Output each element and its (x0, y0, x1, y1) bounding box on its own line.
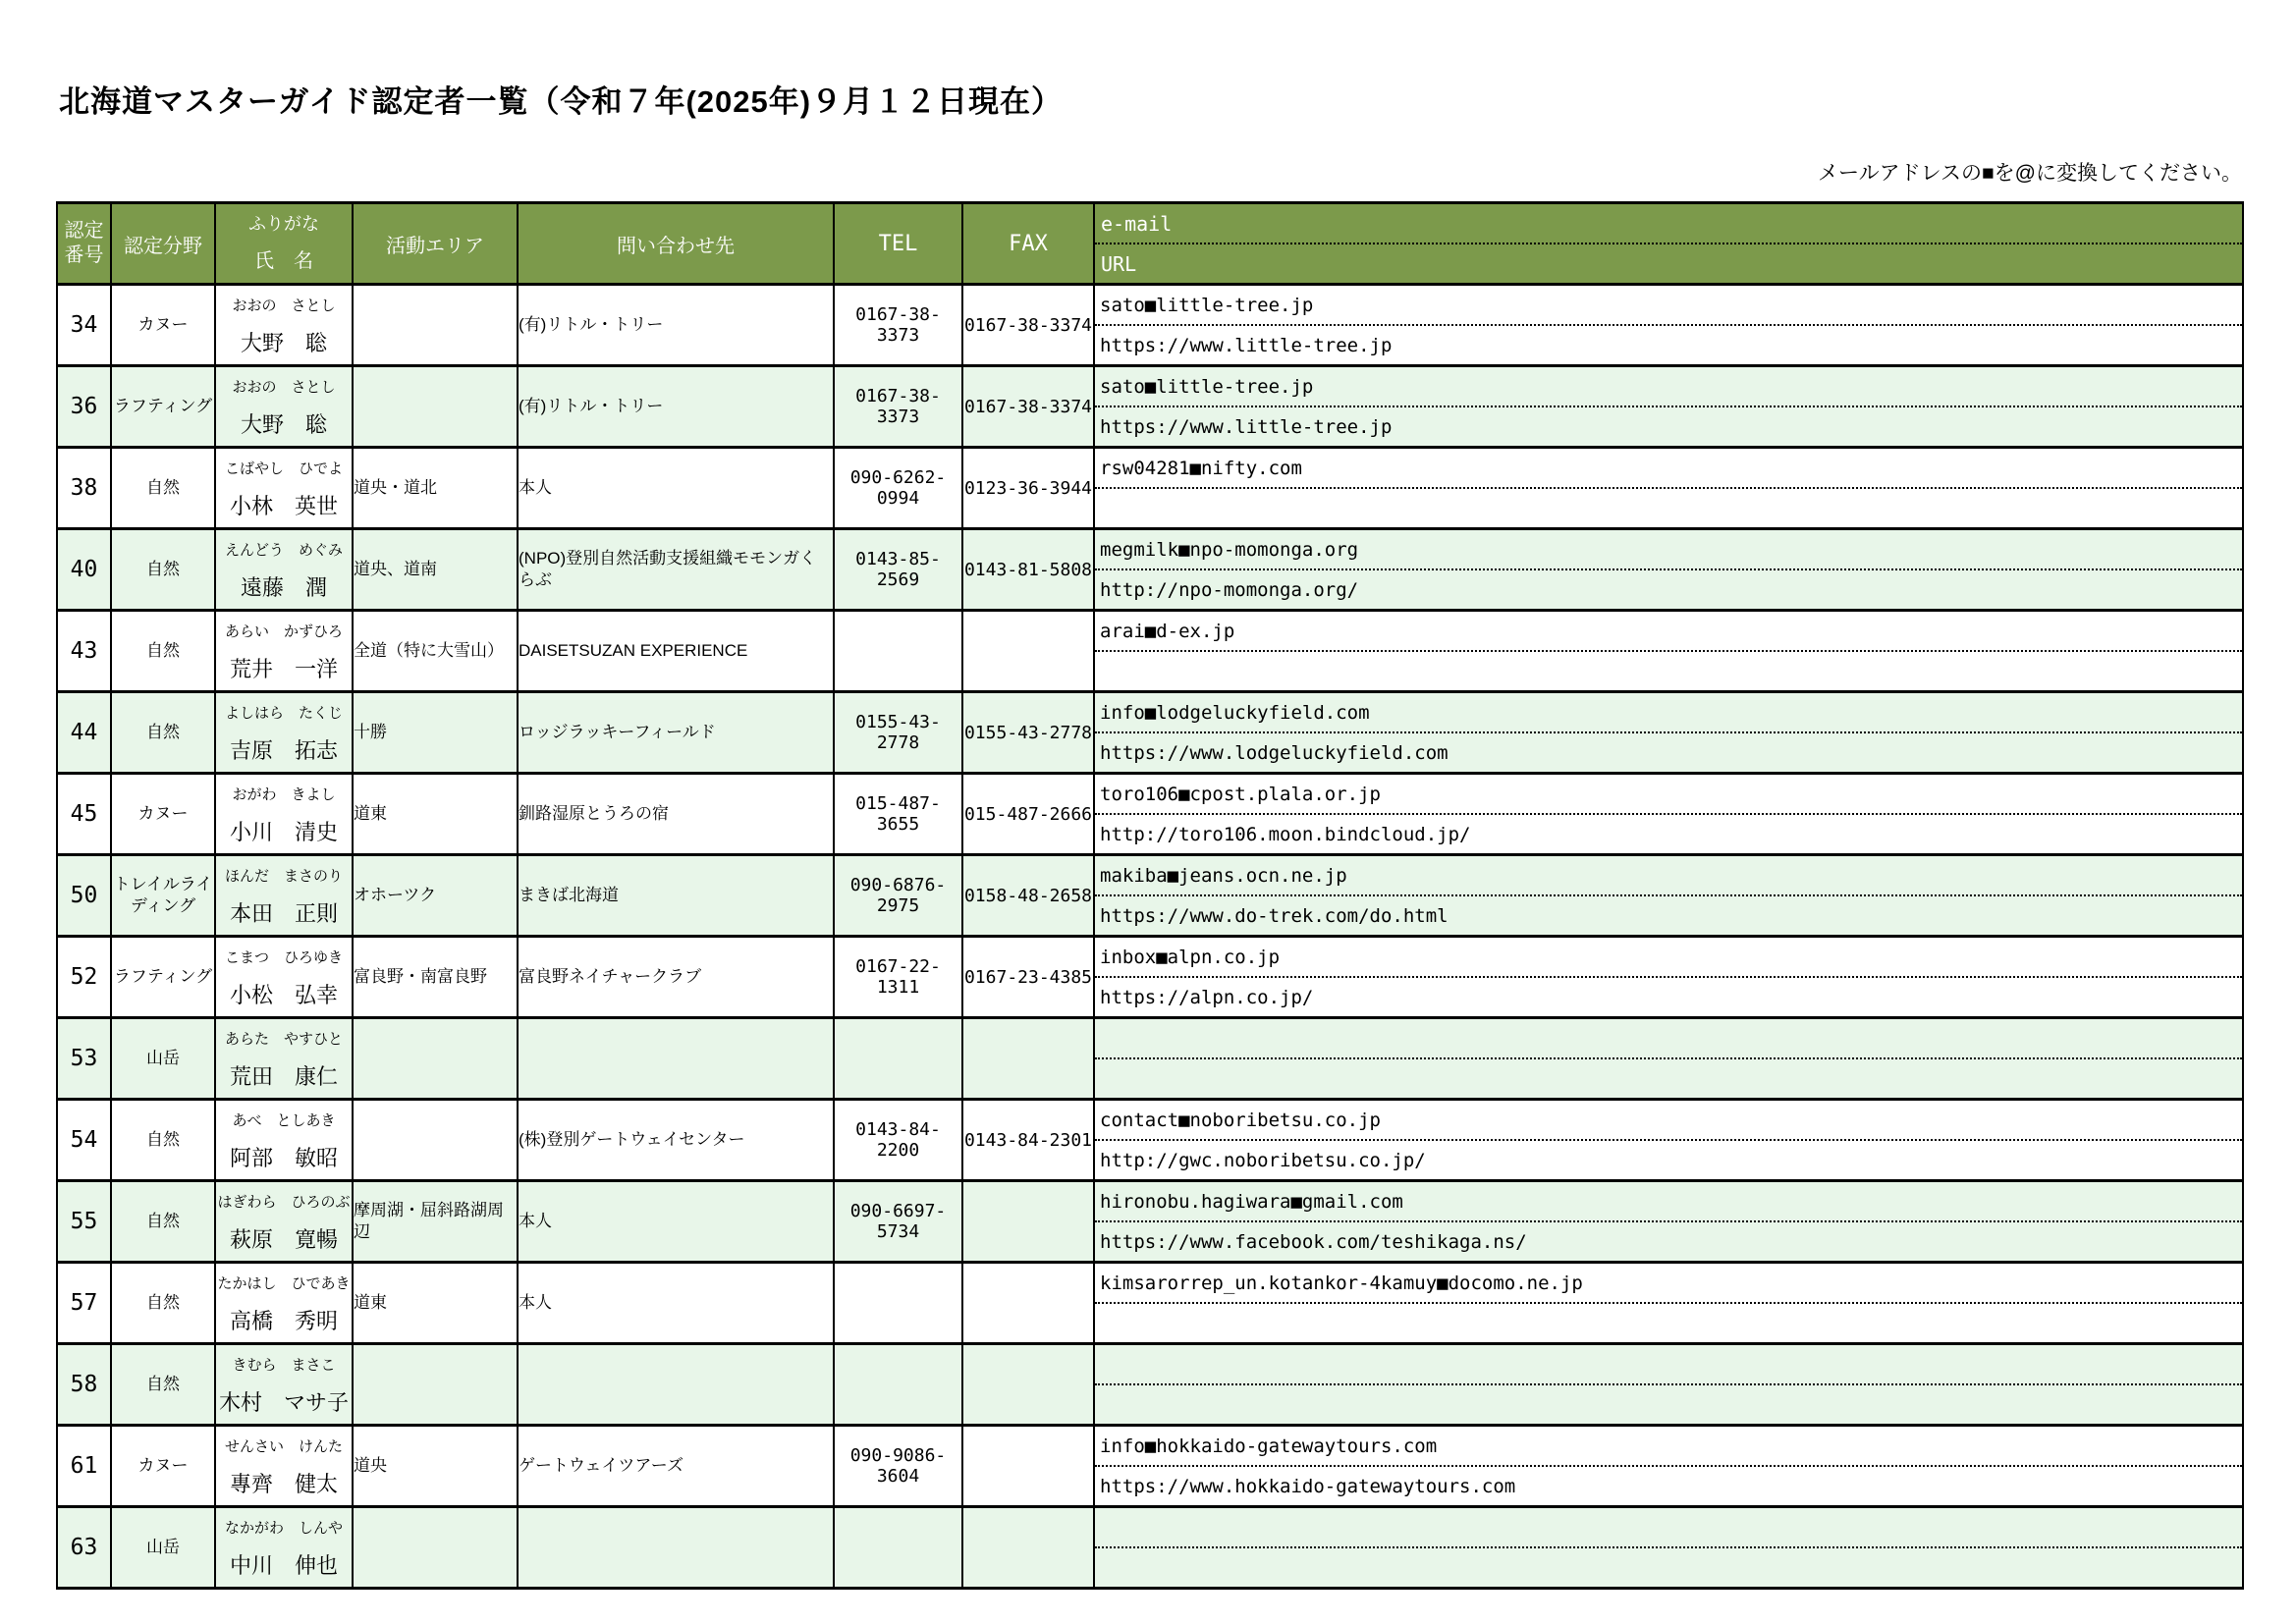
table-row: 61 カヌー せんさい けんた 專齊 健太 道央 ゲートウェイツアーズ 090-… (57, 1426, 2243, 1507)
activity-area (353, 285, 518, 366)
guide-name: 大野 聡 (216, 327, 352, 357)
activity-area: 全道（特に大雪山） (353, 611, 518, 692)
guide-name: 中川 伸也 (216, 1549, 352, 1580)
guide-name-cell: あらい かずひろ 荒井 一洋 (215, 611, 353, 692)
guide-name-cell: こまつ ひろゆき 小松 弘幸 (215, 937, 353, 1018)
email-address: info■hokkaido-gatewaytours.com (1095, 1427, 2242, 1467)
guide-name-cell: よしはら たくじ 吉原 拓志 (215, 692, 353, 774)
cert-field: 山岳 (111, 1507, 215, 1589)
cert-field: 山岳 (111, 1018, 215, 1100)
contact-name: まきば北海道 (518, 855, 834, 937)
guide-name: 荒井 一洋 (216, 653, 352, 683)
fax-number: 0167-23-4385 (962, 937, 1094, 1018)
email-conversion-note: メールアドレスの■を@に変換してください。 (1818, 157, 2242, 187)
guide-name: 荒田 康仁 (216, 1060, 352, 1091)
table-row: 63 山岳 なかがわ しんや 中川 伸也 (57, 1507, 2243, 1589)
guide-name: 本田 正則 (216, 897, 352, 928)
header-email: e-mail (1095, 204, 2242, 244)
guide-furigana: なかがわ しんや (216, 1517, 352, 1538)
tel-number: 015-487-3655 (834, 774, 962, 855)
fax-number (962, 1426, 1094, 1507)
url-link: https://www.little-tree.jp (1095, 407, 2242, 446)
fax-number: 0123-36-3944 (962, 448, 1094, 529)
url-link (1095, 1385, 2242, 1424)
guide-table-body: 34 カヌー おおの さとし 大野 聡 (有)リトル・トリー 0167-38-3… (57, 285, 2243, 1589)
url-link: https://alpn.co.jp/ (1095, 978, 2242, 1016)
activity-area (353, 1100, 518, 1181)
guide-name: 小松 弘幸 (216, 979, 352, 1009)
email-url-cell: arai■d-ex.jp (1094, 611, 2243, 692)
cert-number: 43 (57, 611, 111, 692)
cert-number: 55 (57, 1181, 111, 1263)
tel-number: 0155-43-2778 (834, 692, 962, 774)
guide-furigana: おがわ きよし (216, 784, 352, 804)
cert-number: 34 (57, 285, 111, 366)
tel-number (834, 1018, 962, 1100)
guide-name: 高橋 秀明 (216, 1305, 352, 1335)
cert-field: トレイルライディング (111, 855, 215, 937)
table-row: 54 自然 あべ としあき 阿部 敏昭 (株)登別ゲートウェイセンター 0143… (57, 1100, 2243, 1181)
activity-area (353, 366, 518, 448)
guide-furigana: きむら まさこ (216, 1354, 352, 1375)
tel-number: 090-6262-0994 (834, 448, 962, 529)
certified-guide-table: 認定 番号 認定分野 ふりがな 氏 名 活動エリア 問い合わせ先 TEL FAX… (56, 201, 2244, 1590)
fax-number: 0167-38-3374 (962, 366, 1094, 448)
guide-furigana: こまつ ひろゆき (216, 947, 352, 967)
activity-area: 十勝 (353, 692, 518, 774)
table-row: 53 山岳 あらた やすひと 荒田 康仁 (57, 1018, 2243, 1100)
contact-name (518, 1344, 834, 1426)
cert-number: 53 (57, 1018, 111, 1100)
email-address: megmilk■npo-momonga.org (1095, 530, 2242, 570)
guide-name-cell: おおの さとし 大野 聡 (215, 285, 353, 366)
url-link (1095, 652, 2242, 690)
cert-number: 61 (57, 1426, 111, 1507)
contact-name: ロッジラッキーフィールド (518, 692, 834, 774)
guide-name-cell: あらた やすひと 荒田 康仁 (215, 1018, 353, 1100)
activity-area (353, 1344, 518, 1426)
url-link: https://www.facebook.com/teshikaga.ns/ (1095, 1222, 2242, 1261)
url-link: https://www.do-trek.com/do.html (1095, 896, 2242, 935)
header-cert-field: 認定分野 (111, 203, 215, 285)
guide-furigana: はぎわら ひろのぶ (216, 1191, 352, 1212)
guide-name-cell: ほんだ まさのり 本田 正則 (215, 855, 353, 937)
email-url-cell: hironobu.hagiwara■gmail.com https://www.… (1094, 1181, 2243, 1263)
cert-field: ラフティング (111, 937, 215, 1018)
email-url-cell: info■hokkaido-gatewaytours.com https://w… (1094, 1426, 2243, 1507)
table-row: 57 自然 たかはし ひであき 高橋 秀明 道東 本人 kimsarorrep_… (57, 1263, 2243, 1344)
email-url-cell (1094, 1507, 2243, 1589)
email-url-cell: sato■little-tree.jp https://www.little-t… (1094, 285, 2243, 366)
guide-name-cell: せんさい けんた 專齊 健太 (215, 1426, 353, 1507)
email-address: sato■little-tree.jp (1095, 286, 2242, 326)
header-cert-number-line2: 番号 (58, 244, 110, 268)
header-cert-number: 認定 番号 (57, 203, 111, 285)
guide-name: 萩原 寛暢 (216, 1223, 352, 1254)
activity-area: 道央 (353, 1426, 518, 1507)
guide-furigana: おおの さとし (216, 376, 352, 397)
tel-number: 090-6697-5734 (834, 1181, 962, 1263)
activity-area: 道東 (353, 1263, 518, 1344)
email-address: arai■d-ex.jp (1095, 612, 2242, 652)
contact-name: ゲートウェイツアーズ (518, 1426, 834, 1507)
guide-name: 吉原 拓志 (216, 734, 352, 765)
url-link: http://gwc.noboribetsu.co.jp/ (1095, 1141, 2242, 1179)
url-link: https://www.little-tree.jp (1095, 326, 2242, 364)
guide-furigana: あべ としあき (216, 1110, 352, 1130)
email-url-cell (1094, 1344, 2243, 1426)
email-url-cell: sato■little-tree.jp https://www.little-t… (1094, 366, 2243, 448)
email-address (1095, 1345, 2242, 1385)
guide-furigana: あらい かずひろ (216, 621, 352, 641)
activity-area (353, 1018, 518, 1100)
contact-name: (株)登別ゲートウェイセンター (518, 1100, 834, 1181)
guide-name-cell: こばやし ひでよ 小林 英世 (215, 448, 353, 529)
guide-furigana: こばやし ひでよ (216, 458, 352, 478)
cert-number: 58 (57, 1344, 111, 1426)
contact-name: DAISETSUZAN EXPERIENCE (518, 611, 834, 692)
header-url: URL (1095, 244, 2242, 283)
cert-number: 45 (57, 774, 111, 855)
tel-number (834, 611, 962, 692)
cert-field: 自然 (111, 1344, 215, 1426)
tel-number (834, 1263, 962, 1344)
guide-furigana: あらた やすひと (216, 1028, 352, 1049)
cert-number: 54 (57, 1100, 111, 1181)
header-name-label: 氏 名 (216, 249, 352, 274)
cert-field: 自然 (111, 1263, 215, 1344)
header-cert-number-line1: 認定 (58, 219, 110, 244)
email-address: inbox■alpn.co.jp (1095, 938, 2242, 978)
cert-field: ラフティング (111, 366, 215, 448)
activity-area: オホーツク (353, 855, 518, 937)
fax-number: 015-487-2666 (962, 774, 1094, 855)
guide-furigana: よしはら たくじ (216, 702, 352, 723)
table-row: 55 自然 はぎわら ひろのぶ 萩原 寛暢 摩周湖・屈斜路湖周辺 本人 090-… (57, 1181, 2243, 1263)
fax-number: 0143-84-2301 (962, 1100, 1094, 1181)
cert-number: 40 (57, 529, 111, 611)
guide-furigana: ほんだ まさのり (216, 865, 352, 886)
contact-name: 釧路湿原とうろの宿 (518, 774, 834, 855)
table-row: 43 自然 あらい かずひろ 荒井 一洋 全道（特に大雪山） DAISETSUZ… (57, 611, 2243, 692)
guide-name-cell: おおの さとし 大野 聡 (215, 366, 353, 448)
activity-area: 道央・道北 (353, 448, 518, 529)
page-title: 北海道マスターガイド認定者一覧（令和７年(2025年)９月１２日現在） (59, 77, 1063, 121)
cert-field: 自然 (111, 529, 215, 611)
table-row: 34 カヌー おおの さとし 大野 聡 (有)リトル・トリー 0167-38-3… (57, 285, 2243, 366)
email-address: contact■noboribetsu.co.jp (1095, 1101, 2242, 1141)
contact-name: 富良野ネイチャークラブ (518, 937, 834, 1018)
url-link (1095, 1548, 2242, 1587)
header-email-url: e-mail URL (1094, 203, 2243, 285)
tel-number (834, 1507, 962, 1589)
tel-number: 0143-84-2200 (834, 1100, 962, 1181)
url-link (1095, 1304, 2242, 1342)
email-address: makiba■jeans.ocn.ne.jp (1095, 856, 2242, 896)
email-address: hironobu.hagiwara■gmail.com (1095, 1182, 2242, 1222)
table-row: 50 トレイルライディング ほんだ まさのり 本田 正則 オホーツク まきば北海… (57, 855, 2243, 937)
activity-area: 道東 (353, 774, 518, 855)
table-row: 45 カヌー おがわ きよし 小川 清史 道東 釧路湿原とうろの宿 015-48… (57, 774, 2243, 855)
cert-number: 44 (57, 692, 111, 774)
fax-number: 0143-81-5808 (962, 529, 1094, 611)
guide-name-cell: おがわ きよし 小川 清史 (215, 774, 353, 855)
email-url-cell (1094, 1018, 2243, 1100)
guide-name-cell: きむら まさこ 木村 マサ子 (215, 1344, 353, 1426)
cert-number: 50 (57, 855, 111, 937)
url-link (1095, 1059, 2242, 1098)
email-address: toro106■cpost.plala.or.jp (1095, 775, 2242, 815)
table-row: 58 自然 きむら まさこ 木村 マサ子 (57, 1344, 2243, 1426)
header-row: 認定 番号 認定分野 ふりがな 氏 名 活動エリア 問い合わせ先 TEL FAX… (57, 203, 2243, 285)
activity-area: 摩周湖・屈斜路湖周辺 (353, 1181, 518, 1263)
url-link: https://www.hokkaido-gatewaytours.com (1095, 1467, 2242, 1505)
table-row: 52 ラフティング こまつ ひろゆき 小松 弘幸 富良野・南富良野 富良野ネイチ… (57, 937, 2243, 1018)
activity-area: 富良野・南富良野 (353, 937, 518, 1018)
email-address: info■lodgeluckyfield.com (1095, 693, 2242, 733)
table-header: 認定 番号 認定分野 ふりがな 氏 名 活動エリア 問い合わせ先 TEL FAX… (57, 203, 2243, 285)
guide-furigana: おおの さとし (216, 295, 352, 315)
activity-area (353, 1507, 518, 1589)
cert-number: 57 (57, 1263, 111, 1344)
contact-name (518, 1018, 834, 1100)
guide-name: 小林 英世 (216, 490, 352, 520)
fax-number: 0167-38-3374 (962, 285, 1094, 366)
email-address: kimsarorrep_un.kotankor-4kamuy■docomo.ne… (1095, 1264, 2242, 1304)
guide-name: 大野 聡 (216, 408, 352, 439)
email-url-cell: contact■noboribetsu.co.jp http://gwc.nob… (1094, 1100, 2243, 1181)
email-address (1095, 1508, 2242, 1548)
guide-name-cell: あべ としあき 阿部 敏昭 (215, 1100, 353, 1181)
header-tel: TEL (834, 203, 962, 285)
email-url-cell: info■lodgeluckyfield.com https://www.lod… (1094, 692, 2243, 774)
tel-number: 0167-38-3373 (834, 366, 962, 448)
cert-field: 自然 (111, 1181, 215, 1263)
fax-number (962, 1344, 1094, 1426)
contact-name: (NPO)登別自然活動支援組織モモンガくらぶ (518, 529, 834, 611)
tel-number: 090-6876-2975 (834, 855, 962, 937)
fax-number (962, 1018, 1094, 1100)
fax-number (962, 1263, 1094, 1344)
fax-number: 0155-43-2778 (962, 692, 1094, 774)
header-fax: FAX (962, 203, 1094, 285)
contact-name: (有)リトル・トリー (518, 285, 834, 366)
url-link: https://www.lodgeluckyfield.com (1095, 733, 2242, 772)
cert-number: 52 (57, 937, 111, 1018)
guide-furigana: たかはし ひであき (216, 1272, 352, 1293)
header-activity-area: 活動エリア (353, 203, 518, 285)
contact-name: 本人 (518, 1263, 834, 1344)
email-address: rsw04281■nifty.com (1095, 449, 2242, 489)
table-row: 40 自然 えんどう めぐみ 遠藤 潤 道央、道南 (NPO)登別自然活動支援組… (57, 529, 2243, 611)
tel-number: 0143-85-2569 (834, 529, 962, 611)
cert-field: 自然 (111, 611, 215, 692)
email-url-cell: kimsarorrep_un.kotankor-4kamuy■docomo.ne… (1094, 1263, 2243, 1344)
guide-name: 小川 清史 (216, 816, 352, 846)
email-url-cell: inbox■alpn.co.jp https://alpn.co.jp/ (1094, 937, 2243, 1018)
cert-field: 自然 (111, 692, 215, 774)
header-contact: 問い合わせ先 (518, 203, 834, 285)
fax-number (962, 1181, 1094, 1263)
email-address: sato■little-tree.jp (1095, 367, 2242, 407)
header-furigana: ふりがな (216, 213, 352, 236)
fax-number (962, 1507, 1094, 1589)
cert-field: 自然 (111, 1100, 215, 1181)
guide-name-cell: えんどう めぐみ 遠藤 潤 (215, 529, 353, 611)
email-url-cell: rsw04281■nifty.com (1094, 448, 2243, 529)
guide-name-cell: なかがわ しんや 中川 伸也 (215, 1507, 353, 1589)
cert-field: カヌー (111, 1426, 215, 1507)
guide-name: 遠藤 潤 (216, 571, 352, 602)
email-address (1095, 1019, 2242, 1059)
email-url-cell: megmilk■npo-momonga.org http://npo-momon… (1094, 529, 2243, 611)
contact-name (518, 1507, 834, 1589)
tel-number (834, 1344, 962, 1426)
email-url-cell: makiba■jeans.ocn.ne.jp https://www.do-tr… (1094, 855, 2243, 937)
tel-number: 0167-38-3373 (834, 285, 962, 366)
guide-name-cell: たかはし ひであき 高橋 秀明 (215, 1263, 353, 1344)
url-link (1095, 489, 2242, 527)
fax-number: 0158-48-2658 (962, 855, 1094, 937)
url-link: http://npo-momonga.org/ (1095, 570, 2242, 609)
url-link: http://toro106.moon.bindcloud.jp/ (1095, 815, 2242, 853)
guide-name-cell: はぎわら ひろのぶ 萩原 寛暢 (215, 1181, 353, 1263)
cert-field: カヌー (111, 285, 215, 366)
guide-name: 專齊 健太 (216, 1468, 352, 1498)
guide-name: 木村 マサ子 (216, 1386, 352, 1417)
cert-field: カヌー (111, 774, 215, 855)
contact-name: 本人 (518, 1181, 834, 1263)
guide-furigana: せんさい けんた (216, 1435, 352, 1456)
contact-name: (有)リトル・トリー (518, 366, 834, 448)
cert-number: 63 (57, 1507, 111, 1589)
header-name: ふりがな 氏 名 (215, 203, 353, 285)
guide-furigana: えんどう めぐみ (216, 539, 352, 560)
fax-number (962, 611, 1094, 692)
email-url-cell: toro106■cpost.plala.or.jp http://toro106… (1094, 774, 2243, 855)
tel-number: 090-9086-3604 (834, 1426, 962, 1507)
table-row: 36 ラフティング おおの さとし 大野 聡 (有)リトル・トリー 0167-3… (57, 366, 2243, 448)
activity-area: 道央、道南 (353, 529, 518, 611)
table-row: 44 自然 よしはら たくじ 吉原 拓志 十勝 ロッジラッキーフィールド 015… (57, 692, 2243, 774)
cert-field: 自然 (111, 448, 215, 529)
cert-number: 36 (57, 366, 111, 448)
table-row: 38 自然 こばやし ひでよ 小林 英世 道央・道北 本人 090-6262-0… (57, 448, 2243, 529)
tel-number: 0167-22-1311 (834, 937, 962, 1018)
contact-name: 本人 (518, 448, 834, 529)
guide-name: 阿部 敏昭 (216, 1142, 352, 1172)
cert-number: 38 (57, 448, 111, 529)
